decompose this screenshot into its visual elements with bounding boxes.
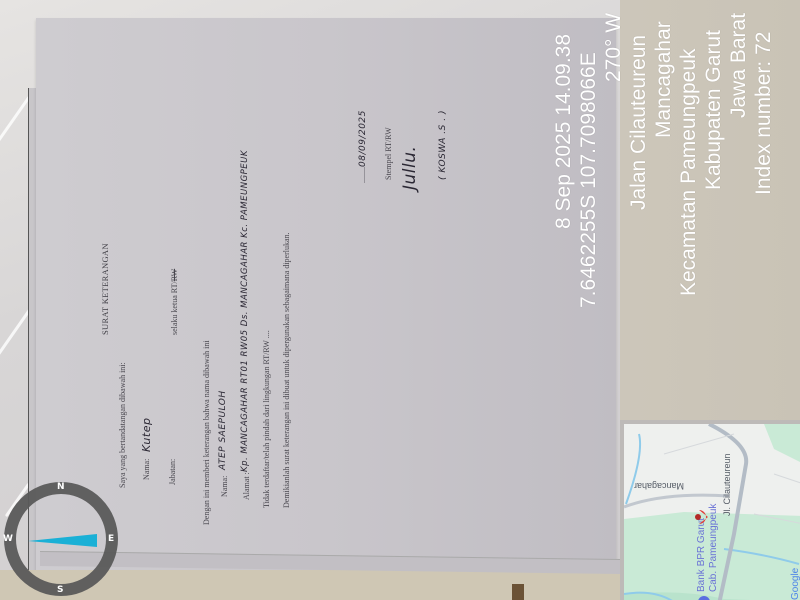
- date-dots: ........: [358, 167, 367, 183]
- signer-position-value: selaku ketua RT/RW: [170, 269, 179, 335]
- map-place-label: Mancagahar: [634, 481, 684, 491]
- gps-index: Index number: 72: [753, 32, 774, 195]
- location-map: Mancagahar Jl. Cilauteureun Bank BPR Gar…: [620, 420, 800, 600]
- gps-street: Jalan Cilauteureun: [628, 35, 649, 210]
- subject-name-value: ATEP SAEPULOH: [218, 390, 228, 470]
- compass-widget: N S E W: [2, 480, 120, 598]
- intro-text: Saya yang bertandatangan dibawah ini:: [118, 362, 127, 488]
- wooden-object: [512, 584, 524, 600]
- subject-name-label: Nama:: [220, 476, 229, 497]
- gps-village: Mancagahar: [653, 21, 674, 138]
- position-prefix: selaku ketua RT/: [170, 281, 179, 335]
- signature: Jullu.: [400, 146, 420, 190]
- position-struck: RW: [170, 269, 179, 281]
- statement-text: Dengan ini memberi keterangan bahwa nama…: [202, 340, 211, 525]
- photo-scene: SURAT KETERANGAN Saya yang bertandatanga…: [0, 0, 800, 600]
- compass-west: W: [3, 534, 13, 544]
- document-title: SURAT KETERANGAN: [100, 243, 110, 335]
- signer-name-label: Nama:: [142, 459, 151, 480]
- gps-regency: Kabupaten Garut: [703, 30, 724, 190]
- signer-name-value: Kutep: [140, 418, 153, 452]
- address-value: Kp. MANCAGAHAR RT01 RW05 Ds. MANCAGAHAR …: [240, 150, 250, 472]
- address-label: Alamat :: [242, 472, 251, 500]
- document-paper: [36, 18, 616, 573]
- map-attribution: Google: [790, 568, 800, 600]
- compass-east: E: [108, 534, 114, 544]
- map-poi-line1: Bank BPR Garut: [696, 518, 707, 592]
- gps-coordinates: 7.6462255S 107.7098066E: [578, 52, 599, 308]
- stamp-label: Stempel RT/RW: [384, 127, 393, 180]
- map-road-label: Jl. Cilauteureun: [722, 453, 732, 516]
- compass-needle-icon: [28, 534, 97, 547]
- map-pin-icon: [688, 506, 710, 528]
- date-field: ........08/09/2025: [358, 110, 368, 183]
- gps-district: Kecamatan Pameungpeuk: [678, 49, 699, 297]
- compass-south: S: [57, 585, 63, 595]
- date-value: 08/09/2025: [358, 110, 368, 167]
- signer-printed-name: ( KOSWA .S . ): [438, 110, 448, 180]
- compass-ring-icon: [2, 480, 120, 598]
- signer-position-label: Jabatan:: [168, 459, 177, 485]
- compass-north: N: [57, 482, 65, 492]
- gps-heading: 270° W: [603, 13, 624, 82]
- gps-datetime: 8 Sep 2025 14.09.38: [553, 34, 574, 229]
- gps-province: Jawa Barat: [728, 13, 749, 118]
- not-registered-text: Tidak terdaftar/telah pindah dari lingku…: [262, 330, 271, 508]
- closing-text: Demikianlah surat keterangan ini dibuat …: [282, 232, 291, 508]
